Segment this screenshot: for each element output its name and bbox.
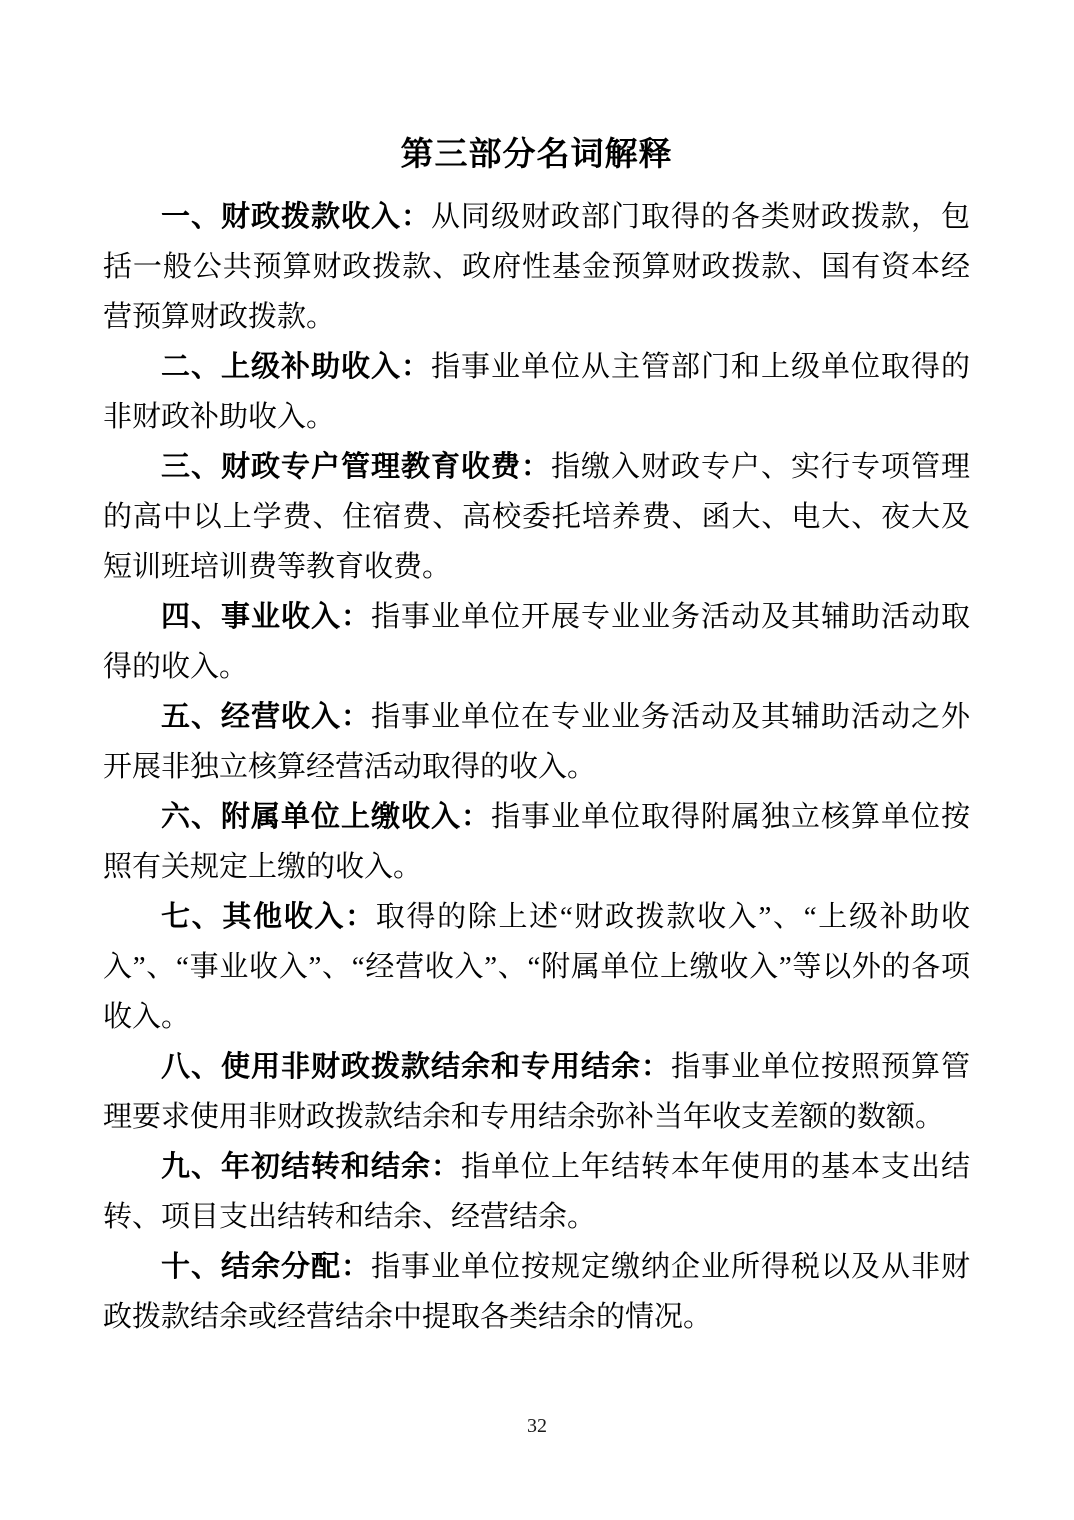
glossary-entry-7: 七、其他收入：取得的除上述“财政拨款收入”、“上级补助收入”、“事业收入”、“经… (103, 892, 970, 1042)
glossary-entry-9: 九、年初结转和结余：指单位上年结转本年使用的基本支出结转、项目支出结转和结余、经… (103, 1142, 970, 1242)
glossary-entry-8: 八、使用非财政拨款结余和专用结余：指事业单位按照预算管理要求使用非财政拨款结余和… (103, 1042, 970, 1142)
glossary-entry-1: 一、财政拨款收入：从同级财政部门取得的各类财政拨款，包括一般公共预算财政拨款、政… (103, 192, 970, 342)
term-label: 六、附属单位上缴收入： (161, 801, 491, 833)
document-content: 第三部分名词解释 一、财政拨款收入：从同级财政部门取得的各类财政拨款，包括一般公… (0, 0, 1074, 1342)
page-number: 32 (0, 1415, 1074, 1438)
page-title: 第三部分名词解释 (103, 132, 970, 178)
glossary-entry-6: 六、附属单位上缴收入：指事业单位取得附属独立核算单位按照有关规定上缴的收入。 (103, 792, 970, 892)
term-label: 九、年初结转和结余： (161, 1151, 461, 1183)
glossary-entry-4: 四、事业收入：指事业单位开展专业业务活动及其辅助活动取得的收入。 (103, 592, 970, 692)
glossary-entry-2: 二、上级补助收入：指事业单位从主管部门和上级单位取得的非财政补助收入。 (103, 342, 970, 442)
term-label: 十、结余分配： (161, 1251, 371, 1283)
term-label: 八、使用非财政拨款结余和专用结余： (161, 1051, 671, 1083)
term-label: 七、其他收入： (161, 901, 376, 933)
glossary-entry-10: 十、结余分配：指事业单位按规定缴纳企业所得税以及从非财政拨款结余或经营结余中提取… (103, 1242, 970, 1342)
glossary-entry-5: 五、经营收入：指事业单位在专业业务活动及其辅助活动之外开展非独立核算经营活动取得… (103, 692, 970, 792)
term-label: 五、经营收入： (161, 701, 371, 733)
term-label: 二、上级补助收入： (161, 351, 431, 383)
term-label: 四、事业收入： (161, 601, 371, 633)
glossary-entry-3: 三、财政专户管理教育收费：指缴入财政专户、实行专项管理的高中以上学费、住宿费、高… (103, 442, 970, 592)
term-label: 一、财政拨款收入： (161, 201, 431, 233)
term-label: 三、财政专户管理教育收费： (161, 451, 551, 483)
document-page: 第三部分名词解释 一、财政拨款收入：从同级财政部门取得的各类财政拨款，包括一般公… (0, 0, 1074, 1520)
